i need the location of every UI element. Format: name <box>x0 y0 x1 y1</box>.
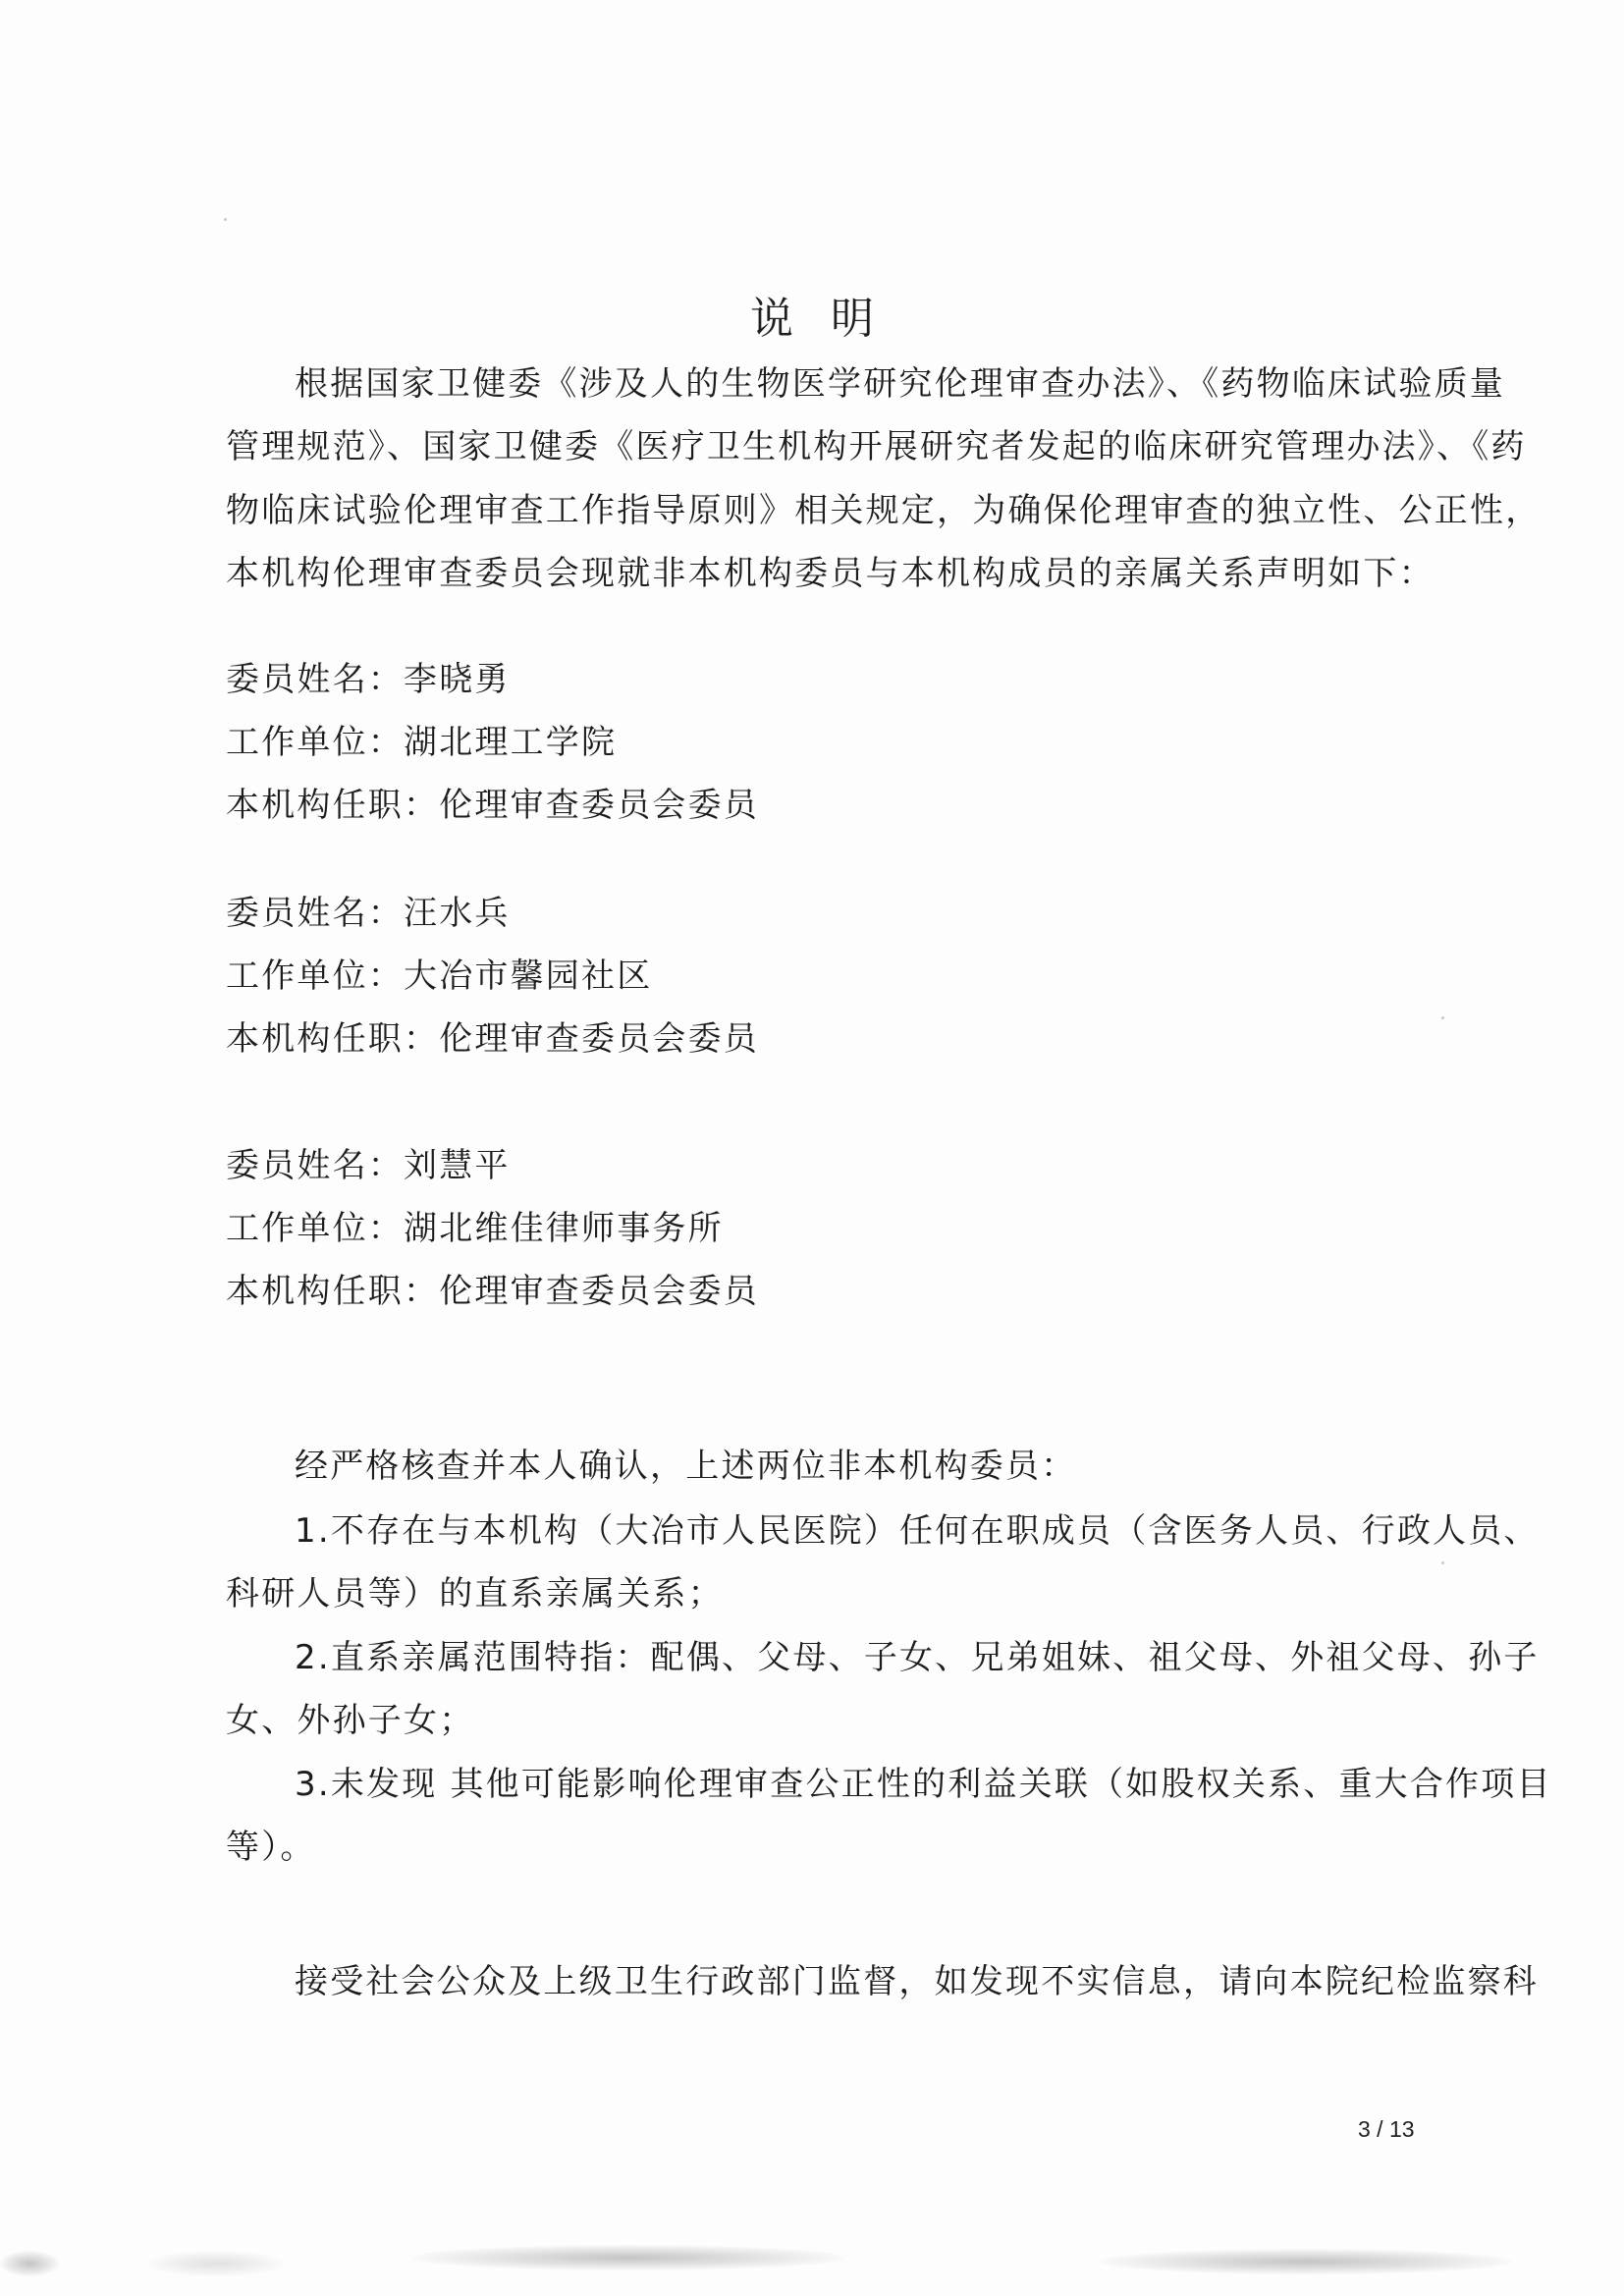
intro-line-2: 管理规范》、国家卫健委《医疗卫生机构开展研究者发起的临床研究管理办法》、《药 <box>226 426 1419 467</box>
confirmation-item-2-line-2: 女、外孙子女； <box>226 1700 1419 1741</box>
member-1-name: 委员姓名：李晓勇 <box>226 659 1419 700</box>
member-3-name: 委员姓名：刘慧平 <box>226 1145 1419 1186</box>
scan-artifact <box>147 2251 285 2276</box>
confirmation-item-1-line-2: 科研人员等）的直系亲属关系； <box>226 1573 1419 1614</box>
member-1-role: 本机构任职：伦理审查委员会委员 <box>226 785 1419 826</box>
member-name-label: 委员姓名： <box>226 894 404 933</box>
member-unit-value: 湖北理工学院 <box>404 723 617 762</box>
supervision-line: 接受社会公众及上级卫生行政部门监督，如发现不实信息，请向本院纪检监察科 <box>295 1961 1419 2002</box>
member-role-label: 本机构任职： <box>226 786 439 825</box>
member-role-label: 本机构任职： <box>226 1272 439 1311</box>
scan-artifact <box>1100 2249 1512 2274</box>
scan-artifact <box>0 2251 59 2276</box>
intro-line-1: 根据国家卫健委《涉及人的生物医学研究伦理审查办法》、《药物临床试验质量 <box>295 363 1419 405</box>
confirmation-item-1-line-1: 1.不存在与本机构（大冶市人民医院）任何在职成员（含医务人员、行政人员、 <box>295 1510 1419 1552</box>
member-unit-value: 湖北维佳律师事务所 <box>404 1209 724 1248</box>
scan-artifact <box>412 2245 844 2270</box>
member-role-value: 伦理审查委员会委员 <box>439 1019 759 1059</box>
scan-artifact <box>224 218 227 221</box>
intro-line-3: 物临床试验伦理审查工作指导原则》相关规定，为确保伦理审查的独立性、公正性， <box>226 490 1419 531</box>
intro-line-4: 本机构伦理审查委员会现就非本机构委员与本机构成员的亲属关系声明如下： <box>226 553 1419 594</box>
member-name-value: 刘慧平 <box>404 1146 511 1185</box>
member-unit-label: 工作单位： <box>226 1209 404 1248</box>
member-3-role: 本机构任职：伦理审查委员会委员 <box>226 1271 1419 1312</box>
confirmation-lead: 经严格核查并本人确认，上述两位非本机构委员： <box>295 1446 1419 1487</box>
member-name-label: 委员姓名： <box>226 1146 404 1185</box>
member-unit-value: 大冶市馨园社区 <box>404 957 652 996</box>
member-unit-label: 工作单位： <box>226 723 404 762</box>
member-name-label: 委员姓名： <box>226 660 404 699</box>
document-title: 说明 <box>0 283 1624 346</box>
member-3-unit: 工作单位：湖北维佳律师事务所 <box>226 1208 1419 1249</box>
scan-artifact <box>1441 1561 1444 1564</box>
member-role-value: 伦理审查委员会委员 <box>439 1272 759 1311</box>
member-role-label: 本机构任职： <box>226 1019 439 1059</box>
page-number: 3 / 13 <box>1358 2116 1415 2143</box>
member-unit-label: 工作单位： <box>226 957 404 996</box>
member-2-role: 本机构任职：伦理审查委员会委员 <box>226 1018 1419 1060</box>
confirmation-item-3-line-2: 等）。 <box>226 1827 1419 1868</box>
member-name-value: 李晓勇 <box>404 660 511 699</box>
member-2-name: 委员姓名：汪水兵 <box>226 893 1419 934</box>
document-page: 说明 根据国家卫健委《涉及人的生物医学研究伦理审查办法》、《药物临床试验质量 管… <box>0 0 1624 2296</box>
member-name-value: 汪水兵 <box>404 894 511 933</box>
member-role-value: 伦理审查委员会委员 <box>439 786 759 825</box>
member-1-unit: 工作单位：湖北理工学院 <box>226 722 1419 763</box>
confirmation-item-3-line-1: 3.未发现 其他可能影响伦理审查公正性的利益关联（如股权关系、重大合作项目 <box>295 1764 1419 1805</box>
member-2-unit: 工作单位：大冶市馨园社区 <box>226 956 1419 997</box>
scan-artifact <box>1441 1016 1444 1019</box>
confirmation-item-2-line-1: 2.直系亲属范围特指：配偶、父母、子女、兄弟姐妹、祖父母、外祖父母、孙子 <box>295 1637 1419 1678</box>
